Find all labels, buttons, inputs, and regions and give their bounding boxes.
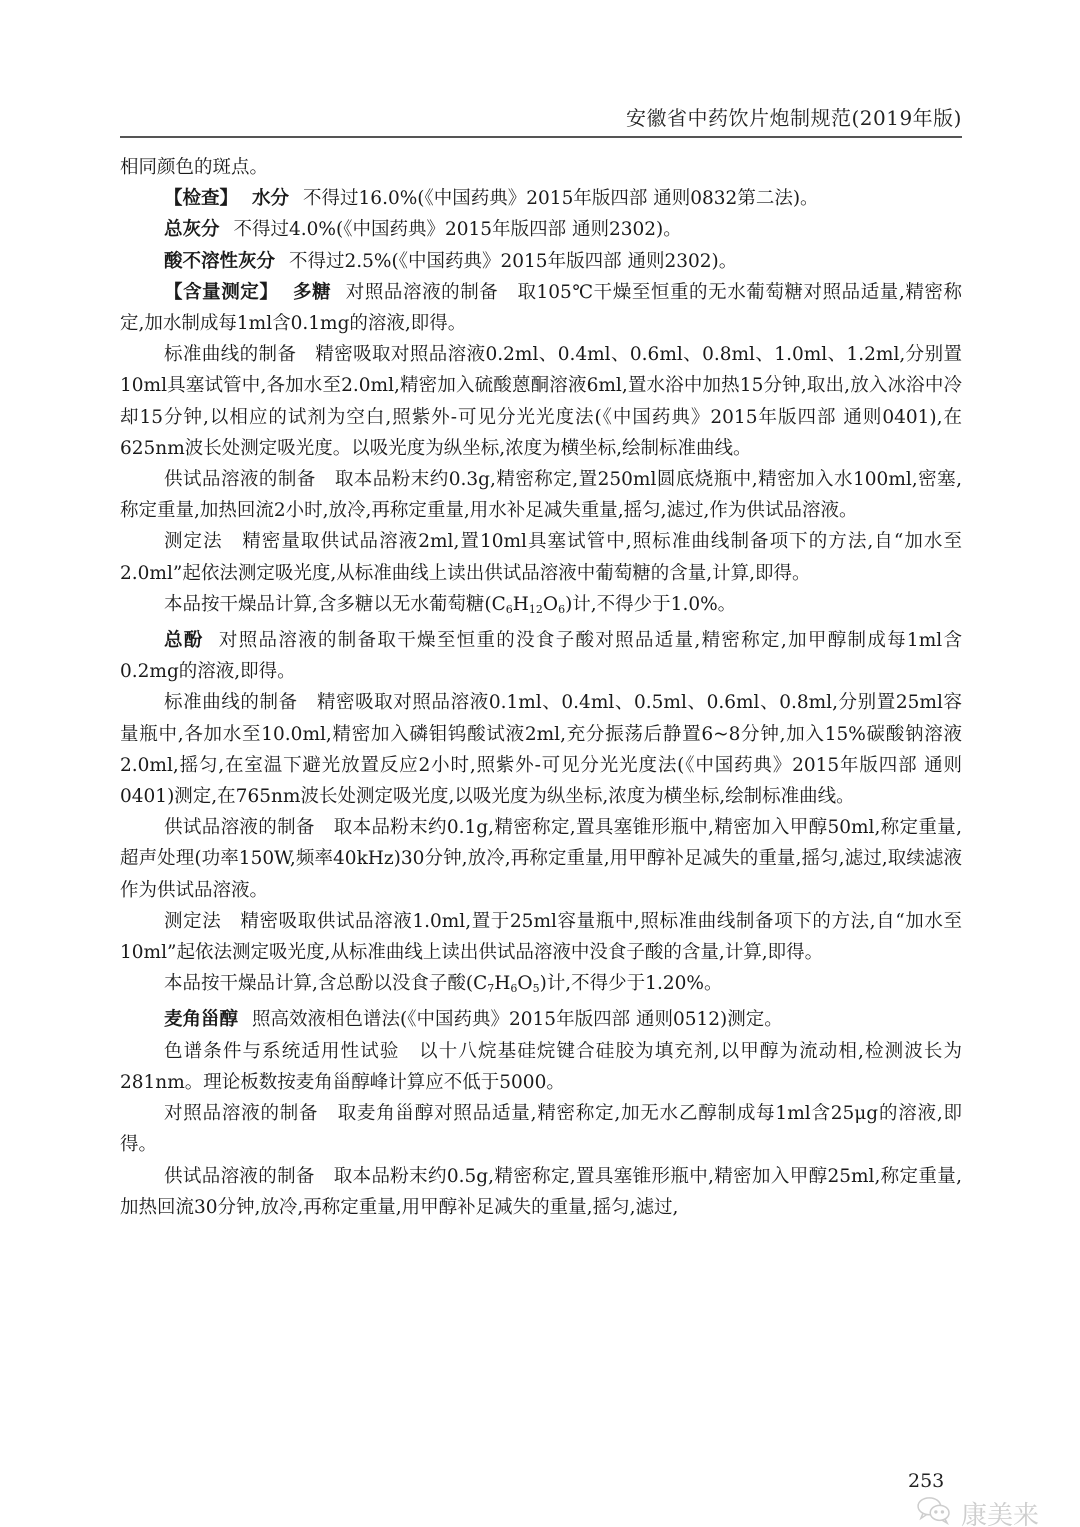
page-number: 253	[908, 1470, 944, 1492]
paragraph: 标准曲线的制备 精密吸取对照品溶液0.1ml、0.4ml、0.5ml、0.6ml…	[120, 687, 962, 812]
section-label-inspection: 【检查】	[164, 188, 238, 209]
text: O	[517, 973, 532, 994]
paragraph-ergosterol: 麦角甾醇照高效液相色谱法(《中国药典》2015年版四部 通则0512)测定。	[120, 1004, 962, 1035]
wechat-icon	[915, 1495, 953, 1527]
paragraph: 对照品溶液的制备 取麦角甾醇对照品适量,精密称定,加无水乙醇制成每1ml含25μ…	[120, 1098, 962, 1160]
paragraph: 供试品溶液的制备 取本品粉末约0.5g,精密称定,置具塞锥形瓶中,精密加入甲醇2…	[120, 1161, 962, 1223]
item-text: 不得过16.0%(《中国药典》2015年版四部 通则0832第二法)。	[303, 188, 819, 209]
watermark: 康美来	[915, 1495, 1039, 1527]
paragraph-water: 【检查】水分不得过16.0%(《中国药典》2015年版四部 通则0832第二法)…	[120, 183, 962, 214]
running-header-title: 安徽省中药饮片炮制规范(2019年版)	[626, 102, 962, 131]
paragraph: 相同颜色的斑点。	[120, 152, 962, 183]
paragraph-limit: 本品按干燥品计算,含总酚以没食子酸(C7H6O5)计,不得少于1.20%。	[120, 968, 962, 1004]
text: H	[513, 594, 529, 615]
paragraph: 供试品溶液的制备 取本品粉末约0.3g,精密称定,置250ml圆底烧瓶中,精密加…	[120, 464, 962, 526]
paragraph: 测定法 精密量取供试品溶液2ml,置10ml具塞试管中,照标准曲线制备项下的方法…	[120, 526, 962, 588]
paragraph-phenol: 总酚对照品溶液的制备取干燥至恒重的没食子酸对照品适量,精密称定,加甲醇制成每1m…	[120, 625, 962, 687]
section-label-assay: 【含量测定】	[164, 282, 278, 303]
paragraph: 标准曲线的制备 精密吸取对照品溶液0.2ml、0.4ml、0.6ml、0.8ml…	[120, 339, 962, 464]
subscript: 5	[533, 982, 540, 995]
text: O	[543, 594, 558, 615]
item-text: 不得过4.0%(《中国药典》2015年版四部 通则2302)。	[234, 219, 682, 240]
item-label-ergosterol: 麦角甾醇	[164, 1009, 238, 1030]
item-text: 对照品溶液的制备取干燥至恒重的没食子酸对照品适量,精密称定,加甲醇制成每1ml含…	[120, 630, 962, 682]
item-label-polysaccharide: 多糖	[292, 282, 331, 303]
item-label-water: 水分	[252, 188, 289, 209]
watermark-text: 康美来	[961, 1495, 1039, 1527]
text: )计,不得少于1.0%。	[565, 594, 736, 615]
paragraph-assay: 【含量测定】多糖对照品溶液的制备 取105℃干燥至恒重的无水葡萄糖对照品适量,精…	[120, 277, 962, 339]
document-body: 相同颜色的斑点。 【检查】水分不得过16.0%(《中国药典》2015年版四部 通…	[120, 152, 962, 1223]
paragraph-limit: 本品按干燥品计算,含多糖以无水葡萄糖(C6H12O6)计,不得少于1.0%。	[120, 589, 962, 625]
subscript: 12	[529, 603, 543, 616]
paragraph-total-ash: 总灰分不得过4.0%(《中国药典》2015年版四部 通则2302)。	[120, 214, 962, 245]
text: H	[494, 973, 510, 994]
paragraph: 供试品溶液的制备 取本品粉末约0.1g,精密称定,置具塞锥形瓶中,精密加入甲醇5…	[120, 812, 962, 906]
paragraph: 色谱条件与系统适用性试验 以十八烷基硅烷键合硅胶为填充剂,以甲醇为流动相,检测波…	[120, 1036, 962, 1098]
paragraph: 测定法 精密吸取供试品溶液1.0ml,置于25ml容量瓶中,照标准曲线制备项下的…	[120, 906, 962, 968]
item-text: 照高效液相色谱法(《中国药典》2015年版四部 通则0512)测定。	[252, 1009, 783, 1030]
item-text: 不得过2.5%(《中国药典》2015年版四部 通则2302)。	[289, 251, 737, 272]
item-label-total-phenol: 总酚	[164, 630, 204, 651]
paragraph-acid-ash: 酸不溶性灰分不得过2.5%(《中国药典》2015年版四部 通则2302)。	[120, 246, 962, 277]
subscript: 6	[506, 603, 513, 616]
header-rule	[120, 136, 962, 138]
text: 本品按干燥品计算,含总酚以没食子酸(C	[164, 973, 487, 994]
text: 本品按干燥品计算,含多糖以无水葡萄糖(C	[164, 594, 506, 615]
text: )计,不得少于1.20%。	[540, 973, 723, 994]
item-label-acid-ash: 酸不溶性灰分	[164, 251, 275, 272]
item-label-total-ash: 总灰分	[164, 219, 220, 240]
